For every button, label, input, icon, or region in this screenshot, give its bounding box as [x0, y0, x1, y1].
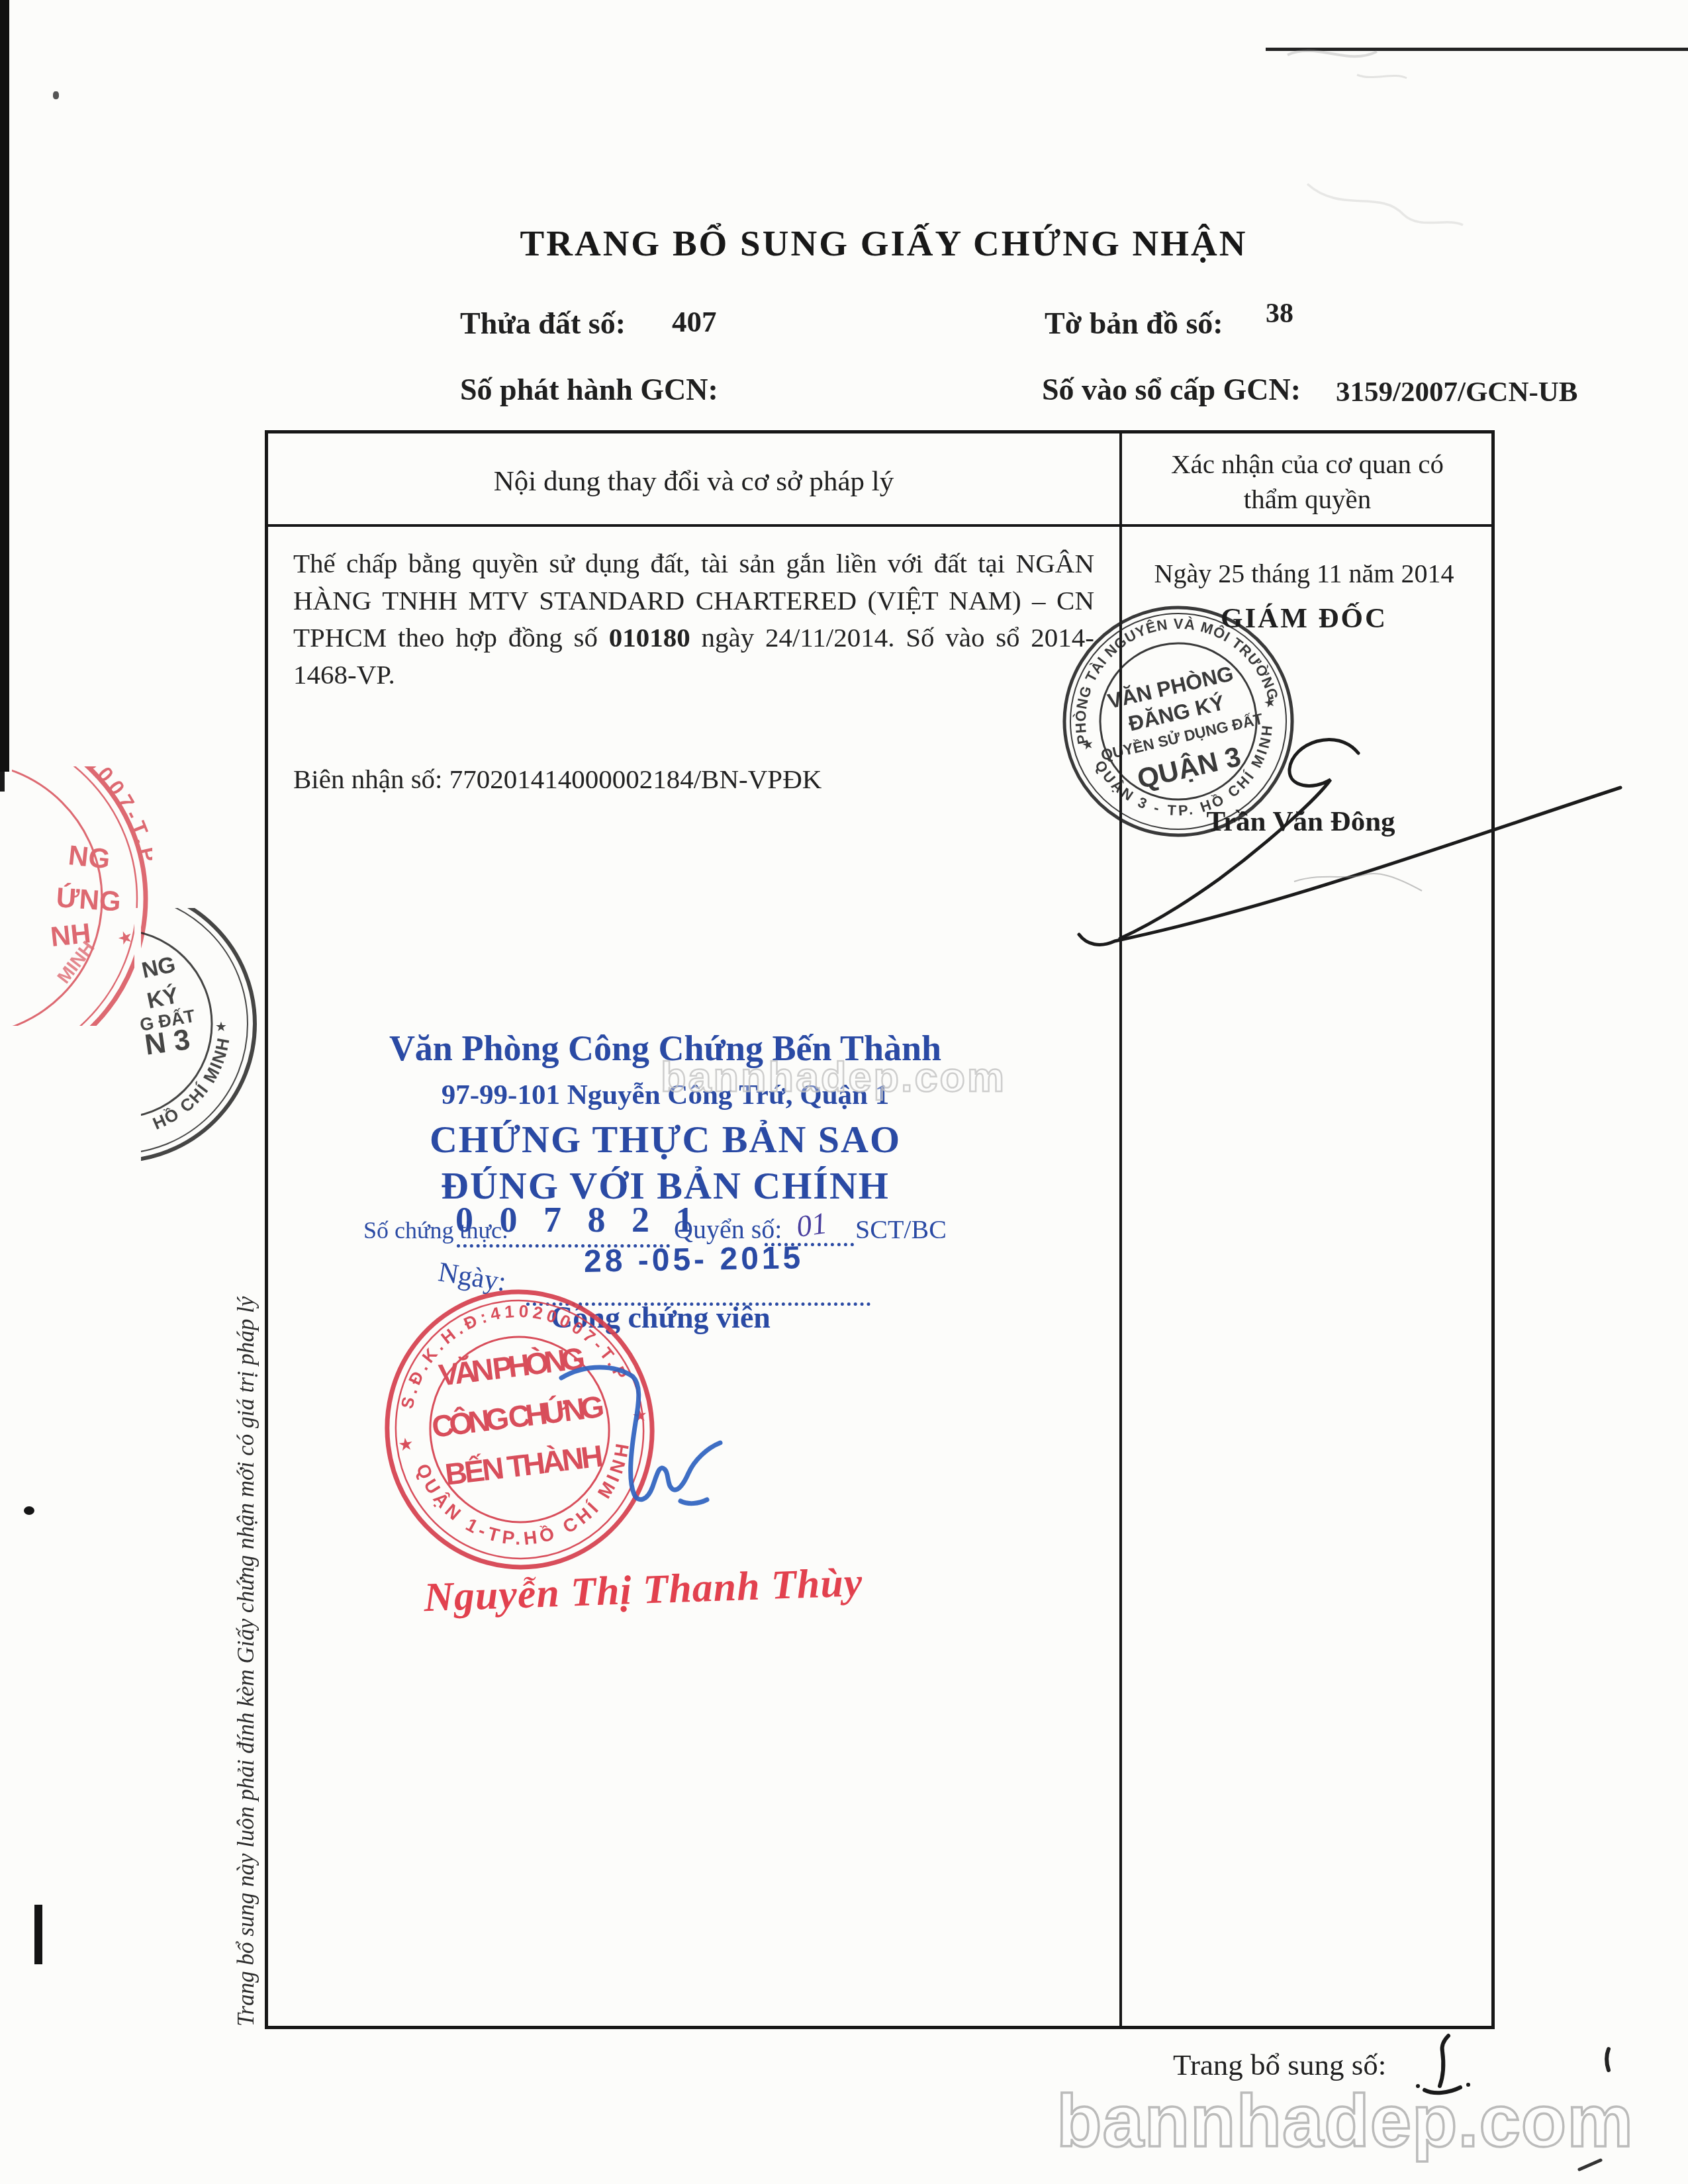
parcel-number-value: 407: [672, 304, 717, 339]
contract-number: 010180: [609, 622, 690, 653]
book-number-suffix: SCT/BC: [855, 1214, 947, 1245]
scan-mark: [34, 1905, 42, 1964]
edge-red-seam-stamp: 20007-T.P ★ NG ỨNG NH MINH: [12, 766, 152, 1026]
parcel-number-label: Thửa đất số:: [460, 306, 626, 341]
page-title: TRANG BỔ SUNG GIẤY CHỨNG NHẬN: [513, 222, 1254, 264]
map-sheet-label: Tờ bản đồ số:: [1045, 306, 1223, 341]
edge-black-fragment1: NG: [140, 952, 178, 983]
director-signature: [1059, 688, 1655, 966]
gcn-issue-label: Số phát hành GCN:: [460, 372, 718, 407]
scan-smudges: [1258, 19, 1688, 237]
edge-black-seam-stamp: NG KÝ G ĐẤT N 3 ★ HỒ CHÍ MINH: [134, 908, 261, 1163]
table-header-underline: [268, 524, 1491, 527]
page-number-value: 1: [1476, 2030, 1491, 2059]
scanned-document-page: { "document": { "title": "TRANG BỔ SUNG …: [0, 0, 1688, 2184]
table-header-right: Xác nhận của cơ quan có thẩm quyền: [1122, 447, 1493, 517]
edge-red-fragment1: NG: [67, 839, 112, 874]
scanner-edge-strip: [0, 0, 9, 772]
scanner-edge-nub: [0, 772, 5, 792]
scan-speck: [24, 1506, 34, 1515]
edge-red-fragment2: ỨNG: [55, 881, 122, 917]
side-note-vertical: Trang bổ sung này luôn phải đính kèm Giấ…: [233, 1150, 259, 2026]
supplement-page-label: Trang bổ sung số:: [1173, 2048, 1386, 2082]
watermark-middle: bannhadep.com: [661, 1054, 1006, 1101]
receipt-number-line: Biên nhận số: 770201414000002184/BN-VPĐK: [293, 763, 821, 795]
notary-date-stamp: 28 -05- 2015: [584, 1240, 804, 1280]
table-header-right-line1: Xác nhận của cơ quan có: [1122, 447, 1493, 482]
watermark-bottom: bannhadep.com: [1056, 2078, 1634, 2163]
serial-number-stamped: 0 0 7 8 2 1: [455, 1199, 702, 1240]
certify-copy-line1: CHỨNG THỰC BẢN SAO: [371, 1117, 960, 1161]
notary-signature: [549, 1343, 768, 1522]
confirmation-date-line: Ngày 25 tháng 11 năm 2014: [1125, 558, 1483, 589]
scan-speck: [53, 91, 59, 99]
table-header-left: Nội dung thay đổi và cơ sở pháp lý: [268, 465, 1119, 498]
gcn-register-value: 3159/2007/GCN-UB: [1336, 376, 1578, 408]
edge-black-fragment4: N 3: [143, 1023, 193, 1062]
mortgage-entry-paragraph: Thế chấp bằng quyền sử dụng đất, tài sản…: [293, 545, 1094, 693]
stray-pen-mark: [1597, 2045, 1623, 2075]
table-header-right-line2: thẩm quyền: [1122, 482, 1493, 517]
book-number-handwritten: 01: [794, 1205, 829, 1244]
map-sheet-value: 38: [1266, 298, 1293, 330]
edge-red-star: ★: [115, 925, 136, 949]
edge-black-star: ★: [215, 1020, 227, 1034]
red-stamp-star-left: ★: [397, 1433, 415, 1455]
gcn-register-label: Số vào sổ cấp GCN:: [1042, 372, 1301, 407]
